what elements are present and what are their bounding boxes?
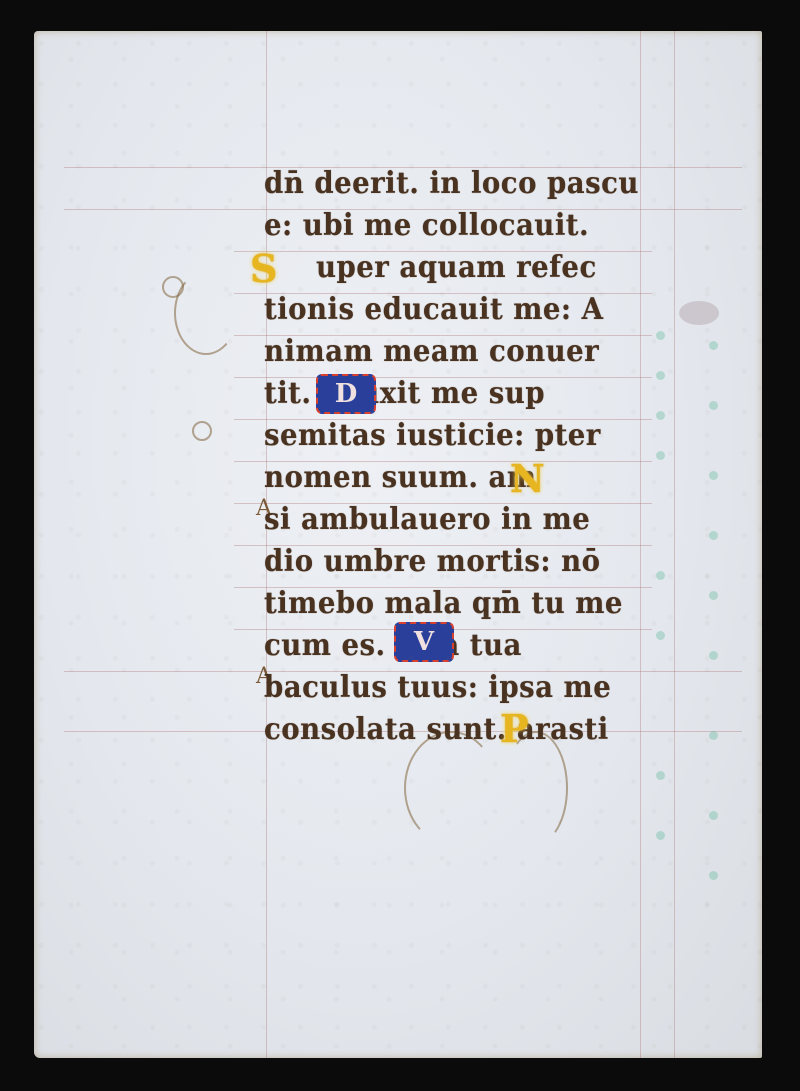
pen-flourish [162,276,184,298]
marginal-dot [709,591,718,600]
text-line: tit. eduxit me sup [264,376,545,411]
marginal-dot [709,471,718,480]
blue-red-initial: D [316,374,376,414]
marginal-dot [656,831,665,840]
text-line: consolata sunt. arasti [264,712,609,747]
pen-flourish [192,421,212,441]
ruling-vertical-outer [674,31,675,1058]
text-line: si ambulauero in me [264,502,590,537]
text-line: baculus tuus: ipsa me [264,670,611,705]
marginal-dot [709,731,718,740]
text-line: dio umbre mortis: nō [264,544,600,579]
marginal-dot [656,631,665,640]
marginal-dot [656,331,665,340]
text-line: timebo mala qm̄ tu me [264,586,623,621]
marginal-dot [709,401,718,410]
gold-initial: P [500,706,529,751]
blue-red-initial: V [394,622,454,662]
text-line: nomen suum. am [264,460,537,495]
marginal-dot [656,571,665,580]
pen-flourish [404,731,498,845]
marginal-dot [709,871,718,880]
marginal-dot [656,411,665,420]
marginal-dot [709,531,718,540]
text-line: cum es. irga tua [264,628,522,663]
marginal-dot [656,771,665,780]
marginal-dot [656,451,665,460]
marginal-dot [709,811,718,820]
text-line: e: ubi me collocauit. [264,208,589,243]
text-line: uper aquam refec [316,250,597,285]
text-line: dn̄ deerit. in loco pascu [264,166,639,201]
marginal-stain [679,301,719,325]
text-line: semitas iusticie: pter [264,418,601,453]
gold-initial: S [250,246,277,291]
gold-initial: N [510,456,545,501]
marginal-dot [709,341,718,350]
marginal-dot [709,651,718,660]
marginal-dot [656,371,665,380]
manuscript-leaf: A A dn̄ deerit. in loco pascu e: ubi me … [34,31,762,1058]
text-line: tionis educauit me: A [264,292,604,327]
text-line: nimam meam conuer [264,334,599,369]
